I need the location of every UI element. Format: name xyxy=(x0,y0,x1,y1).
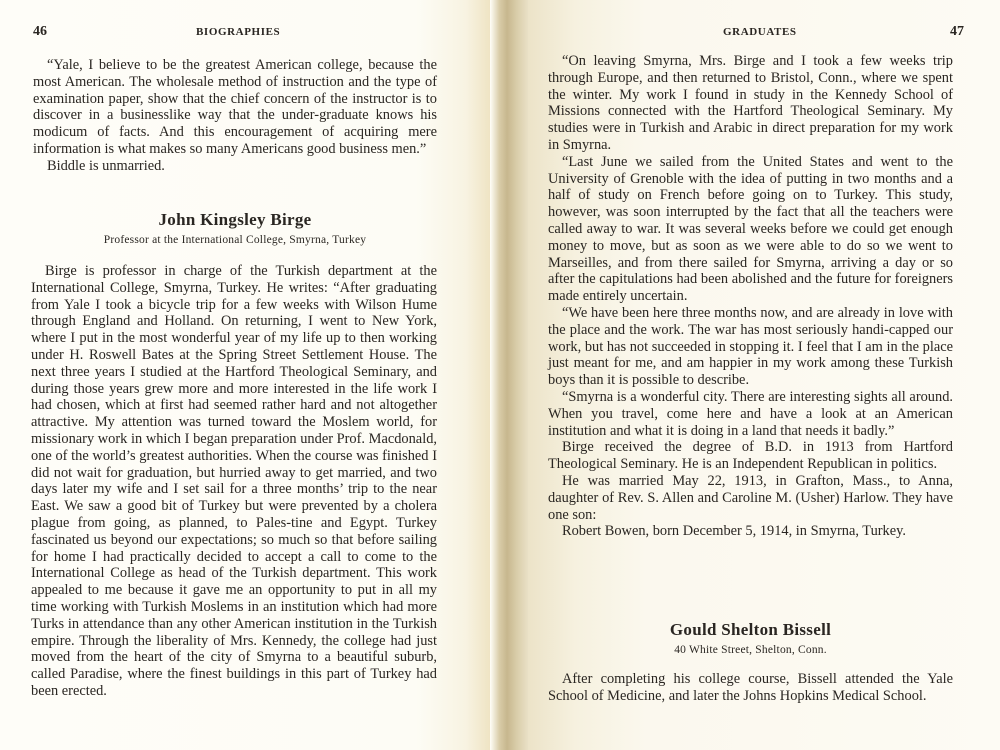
paragraph: He was married May 22, 1913, in Grafton,… xyxy=(548,473,953,523)
right-page: GRADUATES 47 “On leaving Smyrna, Mrs. Bi… xyxy=(528,0,1000,750)
paragraph: “Last June we sailed from the United Sta… xyxy=(548,154,953,305)
right-text: “On leaving Smyrna, Mrs. Birge and I too… xyxy=(548,53,953,540)
left-page: 46 BIOGRAPHIES “Yale, I believe to be th… xyxy=(0,0,490,750)
paragraph: “Smyrna is a wonderful city. There are i… xyxy=(548,389,953,439)
running-head: GRADUATES xyxy=(723,26,797,38)
page-number: 46 xyxy=(33,24,47,40)
book-gutter xyxy=(490,0,528,750)
paragraph: Biddle is unmarried. xyxy=(33,158,437,175)
bio-name: Gould Shelton Bissell xyxy=(548,620,953,640)
paragraph: “We have been here three months now, and… xyxy=(548,305,953,389)
left-text-bio: Birge is professor in charge of the Turk… xyxy=(31,263,437,700)
page-number: 47 xyxy=(950,24,964,40)
right-text-bio: After completing his college course, Bis… xyxy=(548,671,953,705)
paragraph: After completing his college course, Bis… xyxy=(548,671,953,705)
bio-subtitle: 40 White Street, Shelton, Conn. xyxy=(548,644,953,656)
left-text-top: “Yale, I believe to be the greatest Amer… xyxy=(33,57,437,175)
paragraph: “On leaving Smyrna, Mrs. Birge and I too… xyxy=(548,53,953,154)
running-head: BIOGRAPHIES xyxy=(196,26,280,38)
bio-header-bissell: Gould Shelton Bissell 40 White Street, S… xyxy=(548,620,953,656)
paragraph: Birge received the degree of B.D. in 191… xyxy=(548,439,953,473)
bio-header-birge: John Kingsley Birge Professor at the Int… xyxy=(33,210,437,246)
paragraph: Birge is professor in charge of the Turk… xyxy=(31,263,437,700)
bio-name: John Kingsley Birge xyxy=(33,210,437,230)
paragraph: “Yale, I believe to be the greatest Amer… xyxy=(33,57,437,158)
paragraph: Robert Bowen, born December 5, 1914, in … xyxy=(548,523,953,540)
bio-subtitle: Professor at the International College, … xyxy=(33,234,437,246)
book-spread: 46 BIOGRAPHIES “Yale, I believe to be th… xyxy=(0,0,1000,750)
